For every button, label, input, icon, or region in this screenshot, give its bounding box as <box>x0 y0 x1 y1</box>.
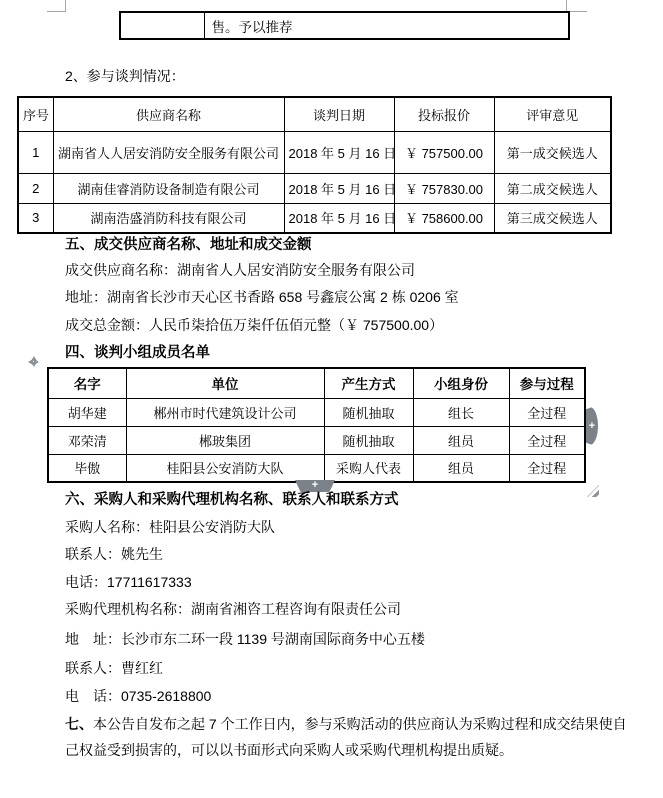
section7-line1: 七、本公告自发布之起 7 个工作日内，参与采购活动的供应商认为采购过程和成交结果… <box>65 716 627 732</box>
cell-opinion: 第三成交候选人 <box>494 203 611 233</box>
page-margin-corner-left <box>47 0 66 12</box>
cell-supplier: 湖南浩盛消防科技有限公司 <box>53 203 284 233</box>
section5-line-address: 地址：湖南省长沙市天心区书香路 658 号鑫宸公寓 2 栋 0206 室 <box>65 289 459 305</box>
header-unit: 单位 <box>126 368 324 398</box>
carryover-table: 售。予以推荐 <box>119 11 570 40</box>
carryover-cell-empty <box>120 12 204 39</box>
section6-heading: 六、采购人和采购代理机构名称、联系人和联系方式 <box>65 492 399 508</box>
section7-line2: 己权益受到损害的，可以以书面形式向采购人或采购代理机构提出质疑。 <box>65 742 513 758</box>
cell-price: ￥ 758600.00 <box>394 203 494 233</box>
cell-opinion: 第一成交候选人 <box>494 131 611 173</box>
cell-participation: 全过程 <box>509 454 585 482</box>
header-participation: 参与过程 <box>509 368 585 398</box>
header-supplier: 供应商名称 <box>53 97 284 131</box>
table-header-row: 序号 供应商名称 谈判日期 投标报价 评审意见 <box>18 97 611 131</box>
cell-date: 2018 年 5 月 16 日 <box>284 131 394 173</box>
cell-opinion: 第二成交候选人 <box>494 173 611 203</box>
cell-name: 毕傲 <box>48 454 126 482</box>
cell-seq: 1 <box>18 131 53 173</box>
cell-role: 组员 <box>413 426 509 454</box>
section7-line1-text: 本公告自发布之起 7 个工作日内，参与采购活动的供应商认为采购过程和成交结果使自 <box>93 716 627 732</box>
cell-supplier: 湖南佳睿消防设备制造有限公司 <box>53 173 284 203</box>
table-row: 3 湖南浩盛消防科技有限公司 2018 年 5 月 16 日 ￥ 758600.… <box>18 203 611 233</box>
cell-participation: 全过程 <box>509 398 585 426</box>
cell-supplier: 湖南省人人居安消防安全服务有限公司 <box>53 131 284 173</box>
section4-heading: 四、谈判小组成员名单 <box>65 345 210 361</box>
cell-method: 随机抽取 <box>324 398 413 426</box>
cell-seq: 3 <box>18 203 53 233</box>
cell-method: 采购人代表 <box>324 454 413 482</box>
cell-date: 2018 年 5 月 16 日 <box>284 173 394 203</box>
header-opinion: 评审意见 <box>494 97 611 131</box>
cell-role: 组长 <box>413 398 509 426</box>
para-negotiation-intro: 2、参与谈判情况： <box>65 68 185 84</box>
document-page: 售。予以推荐 2、参与谈判情况： 序号 供应商名称 谈判日期 投标报价 评审意见… <box>0 0 663 798</box>
add-row-button[interactable]: + <box>295 480 335 492</box>
section5-heading: 五、成交供应商名称、地址和成交金额 <box>65 237 312 253</box>
section7-prefix: 七、 <box>65 716 93 732</box>
cell-method: 随机抽取 <box>324 426 413 454</box>
header-name: 名字 <box>48 368 126 398</box>
carryover-cell-text: 售。予以推荐 <box>204 12 569 39</box>
cell-unit: 桂阳县公安消防大队 <box>126 454 324 482</box>
table-move-handle-icon[interactable] <box>25 353 42 370</box>
add-column-button[interactable]: + <box>586 407 598 445</box>
section6-line-agency: 采购代理机构名称：湖南省湘咨工程咨询有限责任公司 <box>65 601 401 617</box>
table-row: 2 湖南佳睿消防设备制造有限公司 2018 年 5 月 16 日 ￥ 75783… <box>18 173 611 203</box>
table-row: 毕傲 桂阳县公安消防大队 采购人代表 组员 全过程 <box>48 454 585 482</box>
header-date: 谈判日期 <box>284 97 394 131</box>
cell-name: 胡华建 <box>48 398 126 426</box>
section5-line-amount: 成交总金额：人民币柒拾伍万柒仟伍佰元整（￥ 757500.00） <box>65 317 443 333</box>
cell-date: 2018 年 5 月 16 日 <box>284 203 394 233</box>
section6-line-phone2: 电 话：0735-2618800 <box>65 688 211 704</box>
header-price: 投标报价 <box>394 97 494 131</box>
table-header-row: 名字 单位 产生方式 小组身份 参与过程 <box>48 368 585 398</box>
section5-line-supplier: 成交供应商名称：湖南省人人居安消防安全服务有限公司 <box>65 262 415 278</box>
table-row: 邓荣清 郴玻集团 随机抽取 组员 全过程 <box>48 426 585 454</box>
cell-seq: 2 <box>18 173 53 203</box>
cell-price: ￥ 757500.00 <box>394 131 494 173</box>
section6-line-agency-address: 地 址：长沙市东二环一段 1139 号湖南国际商务中心五楼 <box>65 631 425 647</box>
header-seq: 序号 <box>18 97 53 131</box>
cell-unit: 郴州市时代建筑设计公司 <box>126 398 324 426</box>
section6-line-phone1: 电话：17711617333 <box>65 574 192 590</box>
cell-participation: 全过程 <box>509 426 585 454</box>
panel-table: 名字 单位 产生方式 小组身份 参与过程 胡华建 郴州市时代建筑设计公司 随机抽… <box>47 367 586 483</box>
header-method: 产生方式 <box>324 368 413 398</box>
section6-line-buyer: 采购人名称：桂阳县公安消防大队 <box>65 519 275 535</box>
cell-price: ￥ 757830.00 <box>394 173 494 203</box>
cell-role: 组员 <box>413 454 509 482</box>
section6-line-contact1: 联系人：姚先生 <box>65 546 163 562</box>
negotiation-table: 序号 供应商名称 谈判日期 投标报价 评审意见 1 湖南省人人居安消防安全服务有… <box>17 96 612 234</box>
cell-unit: 郴玻集团 <box>126 426 324 454</box>
table-row: 胡华建 郴州市时代建筑设计公司 随机抽取 组长 全过程 <box>48 398 585 426</box>
cell-name: 邓荣清 <box>48 426 126 454</box>
section6-line-contact2: 联系人：曹红红 <box>65 660 163 676</box>
header-role: 小组身份 <box>413 368 509 398</box>
table-resize-handle[interactable] <box>587 485 599 497</box>
table-row: 1 湖南省人人居安消防安全服务有限公司 2018 年 5 月 16 日 ￥ 75… <box>18 131 611 173</box>
